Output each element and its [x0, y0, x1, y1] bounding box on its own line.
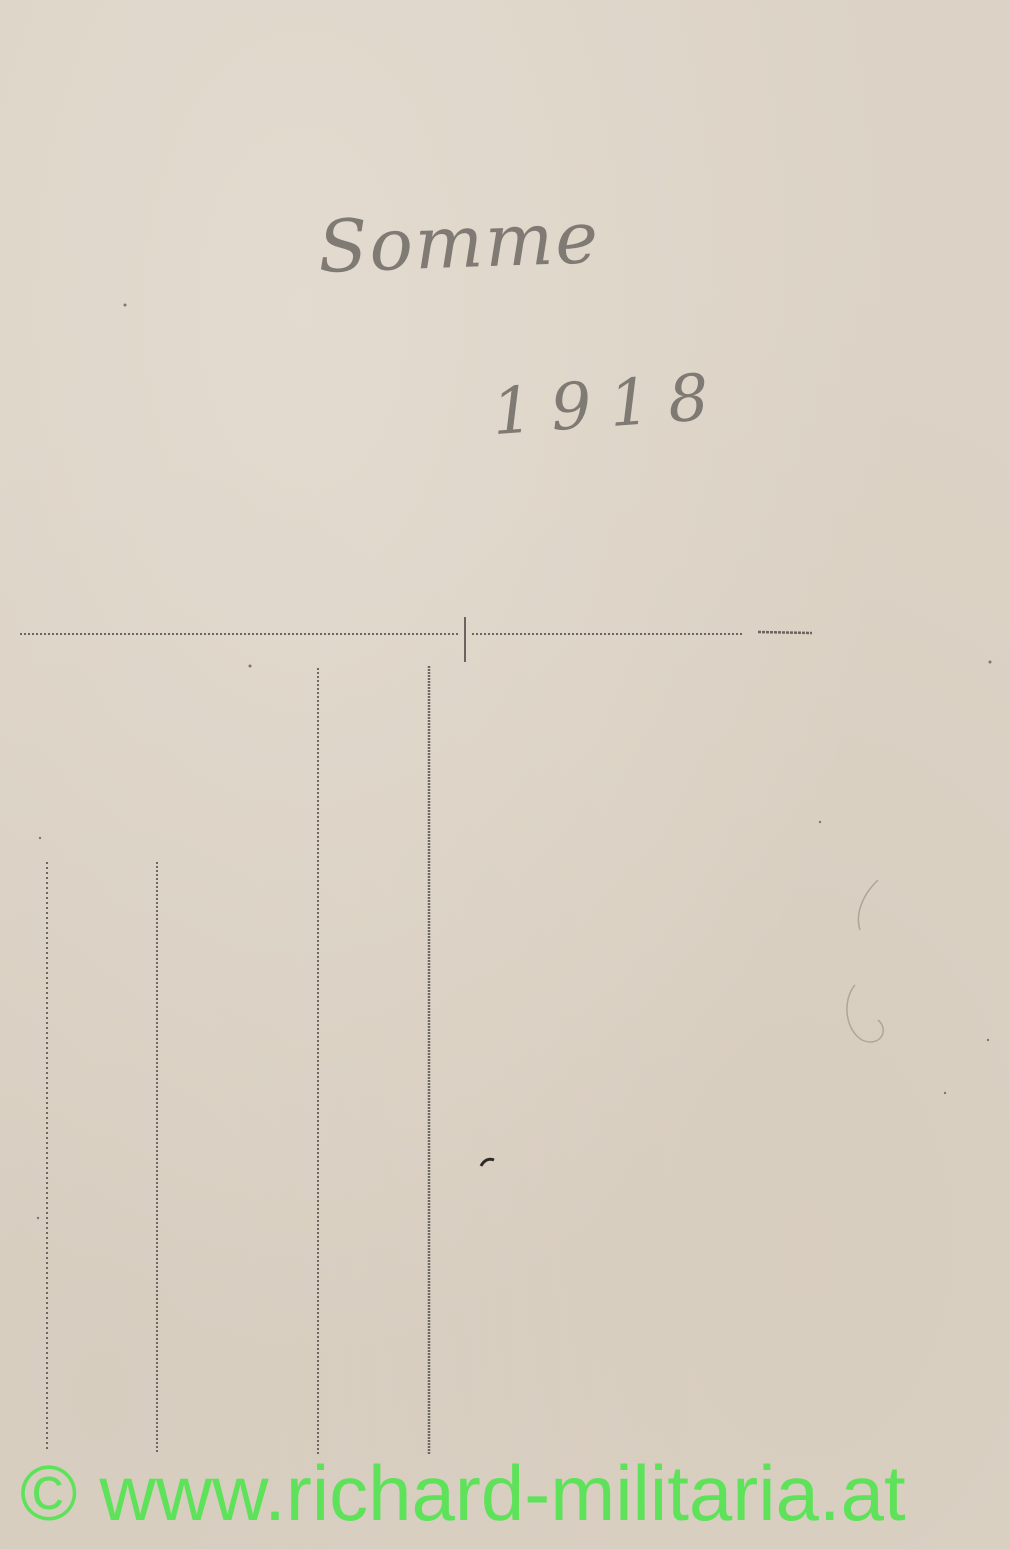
faint-pencil-mark-swirl: [847, 985, 883, 1042]
dust-speck: [819, 821, 821, 823]
horizontal-divider-end: [758, 632, 812, 633]
dust-speck: [39, 837, 41, 839]
watermark-url: www.richard-militaria.at: [99, 1449, 905, 1537]
dust-speck: [124, 304, 127, 307]
printed-postcard-lines: [0, 0, 1010, 1549]
dust-speck: [944, 1092, 946, 1094]
postcard-back: Somme 1918: [0, 0, 1010, 1549]
ink-speck: [481, 1159, 494, 1166]
copyright-watermark: ©www.richard-militaria.at: [20, 1448, 1000, 1538]
copyright-icon: ©: [20, 1449, 77, 1537]
dust-speck: [989, 661, 992, 664]
dust-speck: [37, 1217, 39, 1219]
dust-speck: [249, 665, 252, 668]
dust-speck: [987, 1039, 989, 1041]
faint-pencil-mark-arc: [858, 880, 878, 930]
